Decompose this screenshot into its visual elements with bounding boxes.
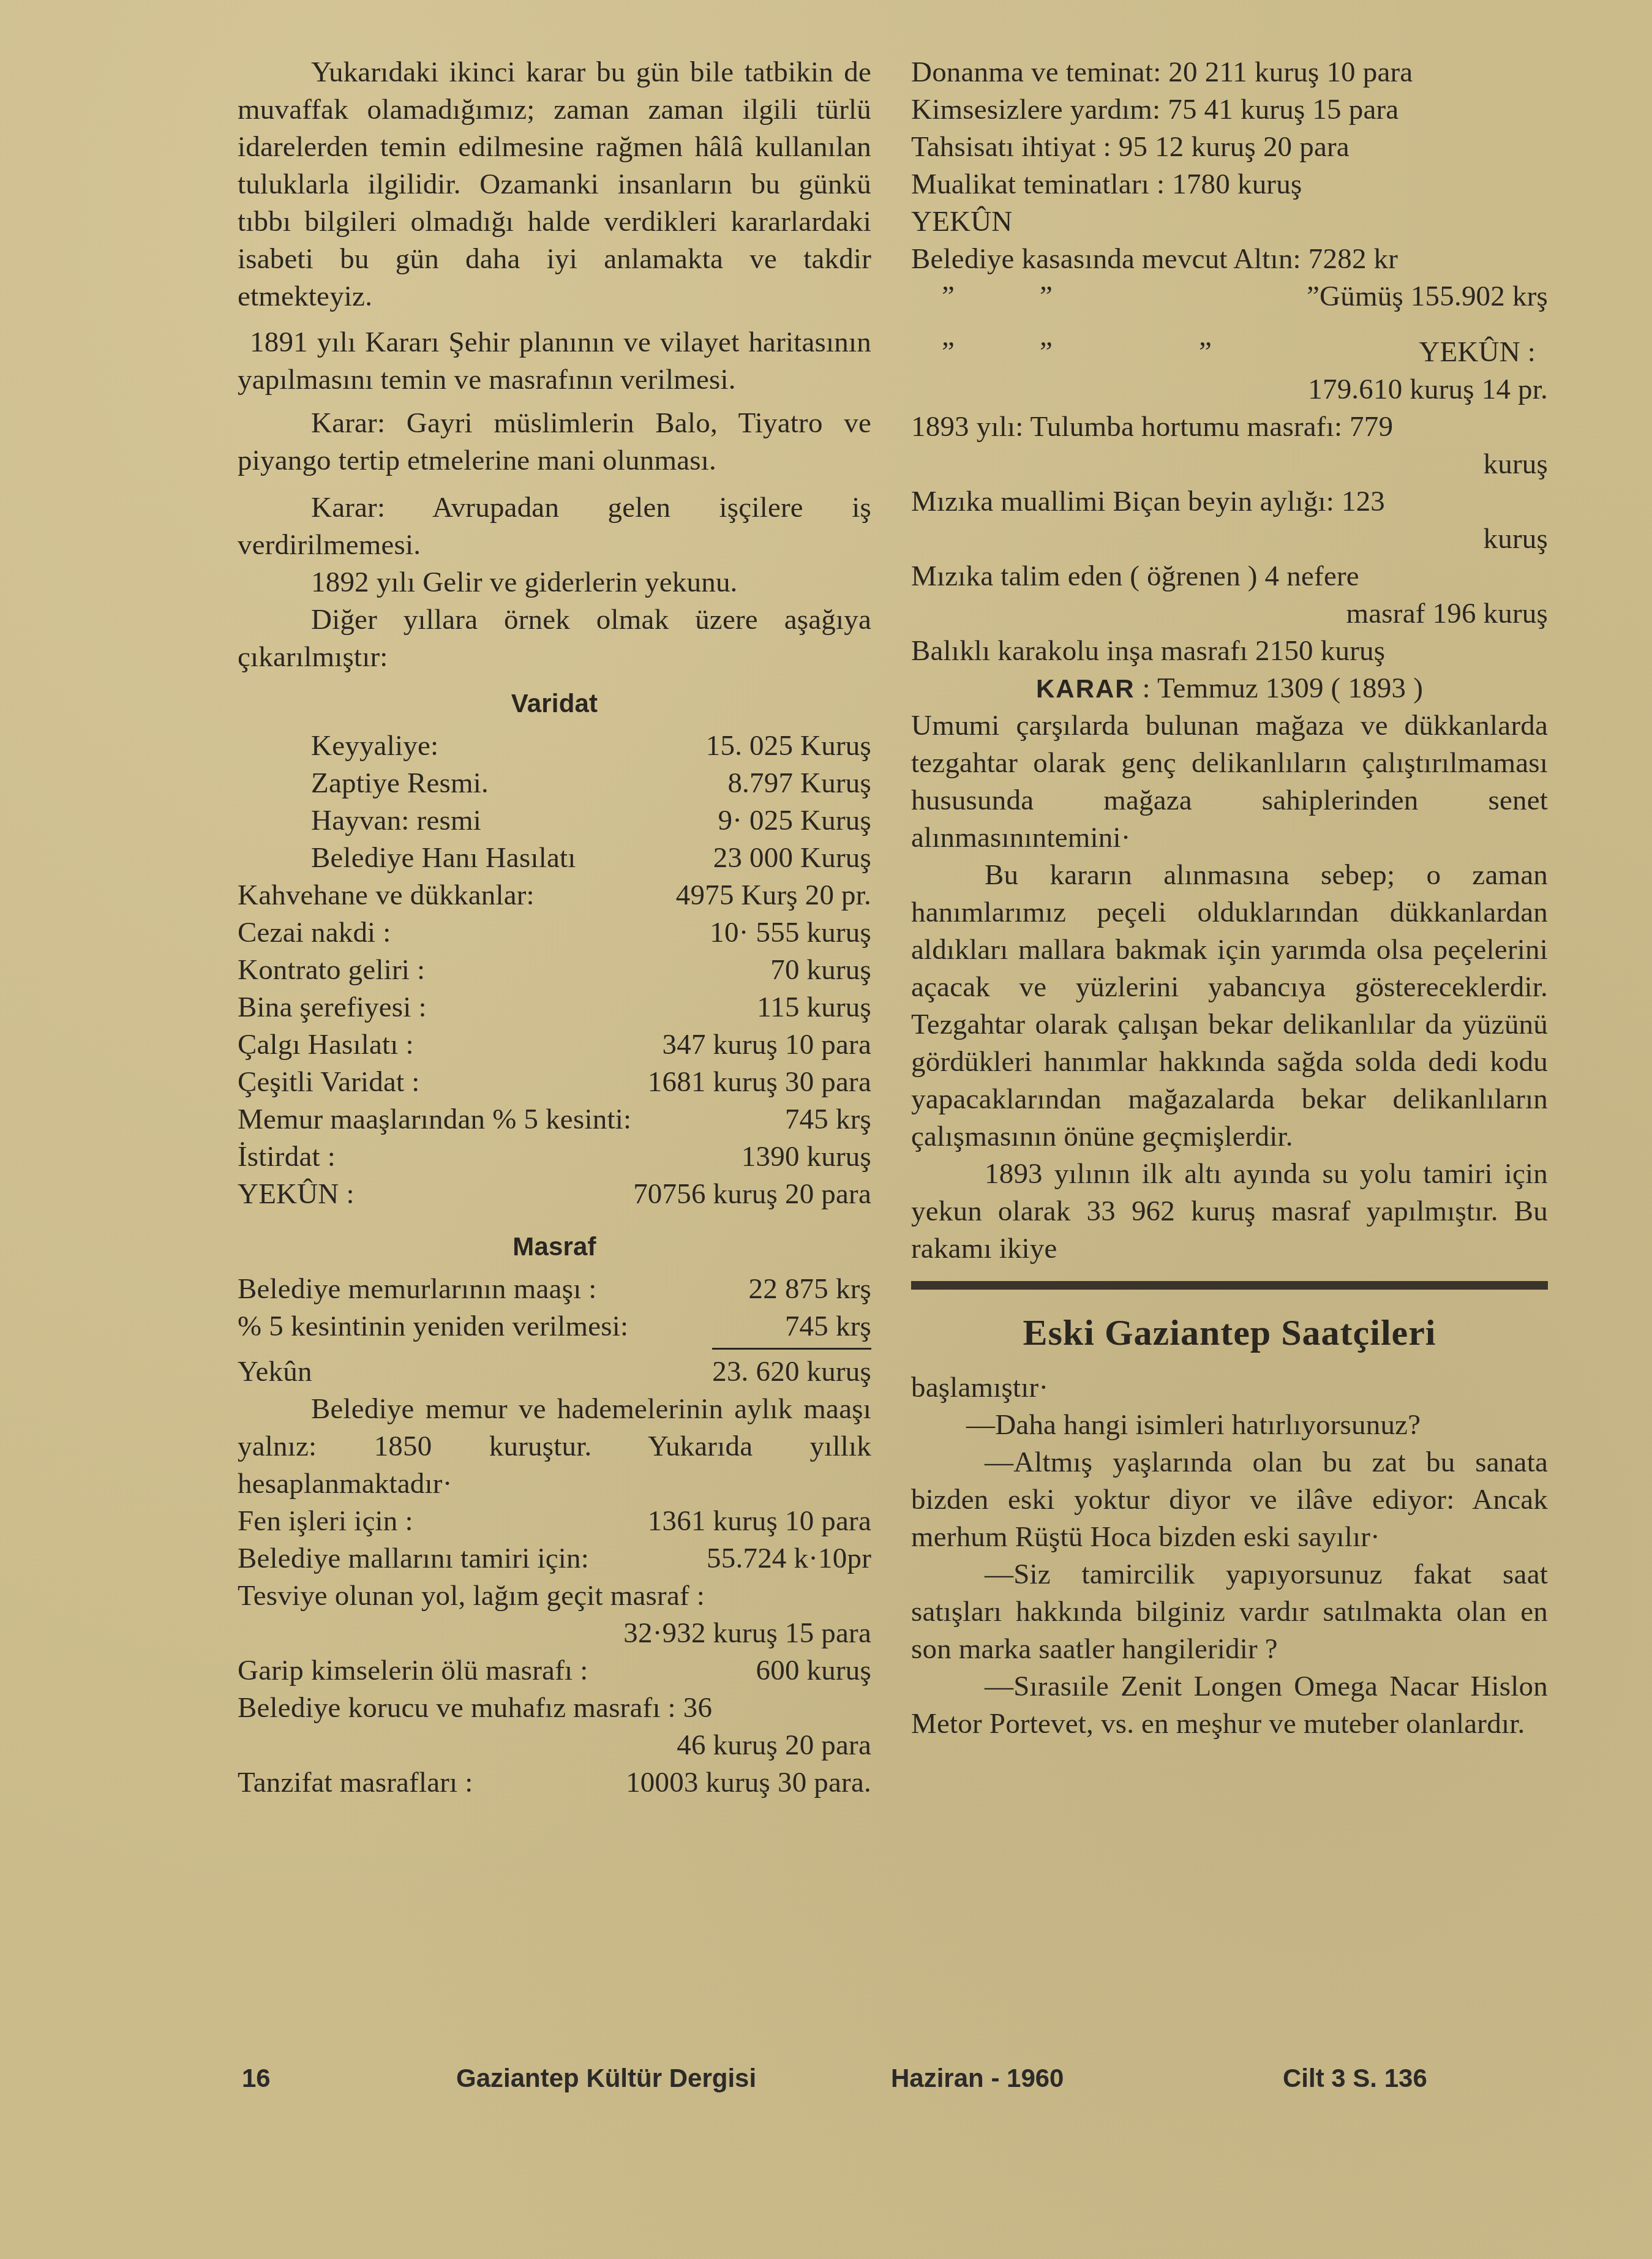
table-row: Belediye memurlarının maaşı :22 875 krş xyxy=(238,1271,871,1308)
row-text: kuruş xyxy=(911,521,1548,558)
row-label: Hayvan: resmi xyxy=(311,802,481,840)
row-value: 55.724 k·10pr xyxy=(707,1540,871,1577)
row-value: 70756 kuruş 20 para xyxy=(633,1176,871,1213)
row-value: 115 kuruş xyxy=(757,989,871,1026)
row-value: 32·932 kuruş 15 para xyxy=(238,1615,871,1652)
row-value: 23. 620 kuruş xyxy=(712,1353,871,1391)
article-title: Eski Gaziantep Saatçileri xyxy=(911,1308,1548,1357)
table-row: Zaptiye Resmi.8.797 Kuruş xyxy=(238,765,871,802)
article-paragraph: başlamıştır· xyxy=(911,1369,1548,1407)
table-row: % 5 kesintinin yeniden verilmesi:745 krş xyxy=(238,1308,871,1345)
row-label: Belediye Hanı Hasılatı xyxy=(311,840,576,877)
row-value: 22 875 krş xyxy=(749,1271,871,1308)
karar-label: KARAR xyxy=(1036,674,1135,703)
row-text: ”Gümüş 155.902 krş xyxy=(1205,278,1548,315)
row-label: Yekûn xyxy=(238,1353,312,1391)
grand-total: 179.610 kuruş 14 pr. xyxy=(911,371,1548,408)
varidat-table: Keyyaliye:15. 025 Kuruş Zaptiye Resmi.8.… xyxy=(238,727,871,1213)
row-label: Belediye korucu ve muhafız masrafı : 36 xyxy=(238,1690,712,1727)
row-value: 10· 555 kuruş xyxy=(710,914,871,952)
table-row: Kahvehane ve dükkanlar:4975 Kurş 20 pr. xyxy=(238,877,871,914)
row-text: Tahsisatı ihtiyat : 95 12 kuruş 20 para xyxy=(911,129,1350,166)
row-label: Çeşitli Varidat : xyxy=(238,1064,420,1101)
decision-balo: Karar: Gayri müslimlerin Balo, Tiyatro v… xyxy=(238,405,871,479)
right-column: Donanma ve teminat: 20 211 kuruş 10 para… xyxy=(911,54,1548,1743)
row-text: Mualikat teminatları : 1780 kuruş xyxy=(911,166,1302,203)
row-text: 1893 yılı: Tulumba hortumu masrafı: 779 xyxy=(911,408,1548,446)
row-label: Çalgı Hasılatı : xyxy=(238,1026,414,1064)
list-item: Tahsisatı ihtiyat : 95 12 kuruş 20 para xyxy=(911,129,1548,166)
row-label: Tesviye olunan yol, lağım geçit masraf : xyxy=(238,1577,705,1615)
gold-in-treasury: Belediye kasasında mevcut Altın: 7282 kr xyxy=(911,241,1548,278)
table-row: Kontrato geliri :70 kuruş xyxy=(238,952,871,989)
article-paragraph: —Sırasıile Zenit Longen Omega Nacar Hisl… xyxy=(911,1668,1548,1743)
varidat-total-row: YEKÛN :70756 kuruş 20 para xyxy=(238,1176,871,1213)
row-value: 600 kuruş xyxy=(756,1652,872,1690)
table-row: Memur maaşlarından % 5 kesinti:745 krş xyxy=(238,1101,871,1138)
row-label: Tanzifat masrafları : xyxy=(238,1764,473,1802)
table-row: Tesviye olunan yol, lağım geçit masraf : xyxy=(238,1577,871,1615)
table-row: Bina şerefiyesi :115 kuruş xyxy=(238,989,871,1026)
volume-issue: Cilt 3 S. 136 xyxy=(1283,2064,1427,2093)
ditto-mark: ” xyxy=(997,334,1162,371)
row-label: Keyyaliye: xyxy=(311,727,438,765)
karar-date: : Temmuz 1309 ( 1893 ) xyxy=(1143,672,1423,704)
row-text: Kimsesizlere yardım: 75 41 kuruş 15 para xyxy=(911,91,1399,129)
article-paragraph: —Altmış yaşlarında olan bu zat bu sanata… xyxy=(911,1444,1548,1556)
table-row: Çalgı Hasılatı :347 kuruş 10 para xyxy=(238,1026,871,1064)
ditto-mark: ” xyxy=(911,334,997,371)
row-label: Kahvehane ve dükkanlar: xyxy=(238,877,535,914)
ditto-mark: ” xyxy=(1162,334,1260,371)
yekun-row: ” ” ” YEKÛN : xyxy=(911,334,1548,371)
article-paragraph: —Daha hangi isimleri hatırlıyorsunuz? xyxy=(911,1407,1548,1444)
karar-heading: KARAR : Temmuz 1309 ( 1893 ) xyxy=(911,670,1548,707)
table-row: Fen işleri için :1361 kuruş 10 para xyxy=(238,1503,871,1540)
silver-in-treasury: ” ” ”Gümüş 155.902 krş xyxy=(911,278,1548,315)
table-row: Çeşitli Varidat :1681 kuruş 30 para xyxy=(238,1064,871,1101)
row-value: 23 000 Kuruş xyxy=(713,840,871,877)
row-text: Mızıka muallimi Biçan beyin aylığı: 123 xyxy=(911,483,1548,521)
row-value: 745 krş xyxy=(785,1308,871,1345)
expense-1893: 1893 yılı: Tulumba hortumu masrafı: 779 … xyxy=(911,408,1548,670)
row-label: Cezai nakdi : xyxy=(238,914,391,952)
magazine-name: Gaziantep Kültür Dergisi xyxy=(456,2064,756,2093)
row-text: masraf 196 kuruş xyxy=(911,595,1548,633)
row-value: 745 krş xyxy=(785,1101,871,1138)
table-row: Tanzifat masrafları :10003 kuruş 30 para… xyxy=(238,1764,871,1802)
list-item: Mualikat teminatları : 1780 kuruş xyxy=(911,166,1548,203)
decision-1891: 1891 yılı Kararı Şehir planının ve vilay… xyxy=(238,324,871,399)
row-label: Memur maaşlarından % 5 kesinti: xyxy=(238,1101,631,1138)
row-value: 1681 kuruş 30 para xyxy=(648,1064,871,1101)
water-road-text: 1893 yılının ilk altı ayında su yolu tam… xyxy=(911,1156,1548,1268)
row-text: Balıklı karakolu inşa masrafı 2150 kuruş xyxy=(911,633,1548,670)
table-row: İstirdat :1390 kuruş xyxy=(238,1138,871,1176)
row-label: İstirdat : xyxy=(238,1138,336,1176)
row-label: YEKÛN : xyxy=(238,1176,355,1213)
table-row: Hayvan: resmi9· 025 Kuruş xyxy=(238,802,871,840)
karar-text: Umumi çarşılarda bulunan mağaza ve dükka… xyxy=(911,707,1548,857)
ditto-mark: ” xyxy=(997,278,1205,315)
row-value: 10003 kuruş 30 para. xyxy=(626,1764,871,1802)
varidat-heading: Varidat xyxy=(238,682,871,725)
row-label: Garip kimselerin ölü masrafı : xyxy=(238,1652,588,1690)
row-text: YEKÛN : xyxy=(1260,334,1548,371)
row-text: Mızıka talim eden ( öğrenen ) 4 nefere xyxy=(911,558,1548,595)
left-column: Yukarıdaki ikinci karar bu gün bile tatb… xyxy=(238,54,871,1802)
row-label: % 5 kesintinin yeniden verilmesi: xyxy=(238,1308,628,1345)
row-text: kuruş xyxy=(911,446,1548,483)
row-label: Bina şerefiyesi : xyxy=(238,989,427,1026)
article-paragraph: —Siz tamircilik yapıyorsunuz fakat saat … xyxy=(911,1556,1548,1668)
page-number: 16 xyxy=(242,2064,271,2093)
masraf-total-row: Yekûn23. 620 kuruş xyxy=(238,1353,871,1391)
list-item: Donanma ve teminat: 20 211 kuruş 10 para xyxy=(911,54,1548,91)
row-value: 1390 kuruş xyxy=(742,1138,871,1176)
row-value: 4975 Kurş 20 pr. xyxy=(676,877,871,914)
row-label: Belediye memurlarının maaşı : xyxy=(238,1271,597,1308)
issue-date: Haziran - 1960 xyxy=(891,2064,1064,2093)
row-value: 9· 025 Kuruş xyxy=(718,802,871,840)
masraf-heading: Masraf xyxy=(238,1225,871,1268)
intro-paragraph: Yukarıdaki ikinci karar bu gün bile tatb… xyxy=(238,54,871,315)
row-label: Fen işleri için : xyxy=(238,1503,413,1540)
row-value: 8.797 Kuruş xyxy=(727,765,871,802)
income-expense-1892: 1892 yılı Gelir ve giderlerin yekunu. xyxy=(238,564,871,601)
row-label: Kontrato geliri : xyxy=(238,952,425,989)
row-value: 46 kuruş 20 para xyxy=(238,1727,871,1764)
row-label: Belediye mallarını tamiri için: xyxy=(238,1540,589,1577)
table-row: Keyyaliye:15. 025 Kuruş xyxy=(238,727,871,765)
masraf-table: Belediye memurlarının maaşı :22 875 krş … xyxy=(238,1271,871,1802)
decision-workers: Karar: Avrupadan gelen işçilere iş verdi… xyxy=(238,489,871,564)
table-row: Belediye korucu ve muhafız masrafı : 36 xyxy=(238,1690,871,1727)
row-label: Zaptiye Resmi. xyxy=(311,765,489,802)
table-row: Cezai nakdi :10· 555 kuruş xyxy=(238,914,871,952)
example-intro: Diğer yıllara örnek olmak üzere aşağıya … xyxy=(238,601,871,676)
sum-rule xyxy=(712,1348,871,1350)
list-item: Kimsesizlere yardım: 75 41 kuruş 15 para xyxy=(911,91,1548,129)
salary-note: Belediye memur ve hademelerinin aylık ma… xyxy=(238,1391,871,1503)
ditto-mark: ” xyxy=(911,278,997,315)
row-value: 1361 kuruş 10 para xyxy=(648,1503,871,1540)
section-divider xyxy=(911,1281,1548,1290)
table-row: Garip kimselerin ölü masrafı :600 kuruş xyxy=(238,1652,871,1690)
row-value: 347 kuruş 10 para xyxy=(663,1026,871,1064)
reason-text: Bu kararın alınmasına sebep; o zaman han… xyxy=(911,857,1548,1156)
row-value: 70 kuruş xyxy=(770,952,871,989)
table-row: Belediye mallarını tamiri için:55.724 k·… xyxy=(238,1540,871,1577)
table-row: Belediye Hanı Hasılatı23 000 Kuruş xyxy=(238,840,871,877)
yekun-label: YEKÛN xyxy=(911,203,1548,241)
row-value: 15. 025 Kuruş xyxy=(706,727,871,765)
row-text: Donanma ve teminat: 20 211 kuruş 10 para xyxy=(911,54,1413,91)
